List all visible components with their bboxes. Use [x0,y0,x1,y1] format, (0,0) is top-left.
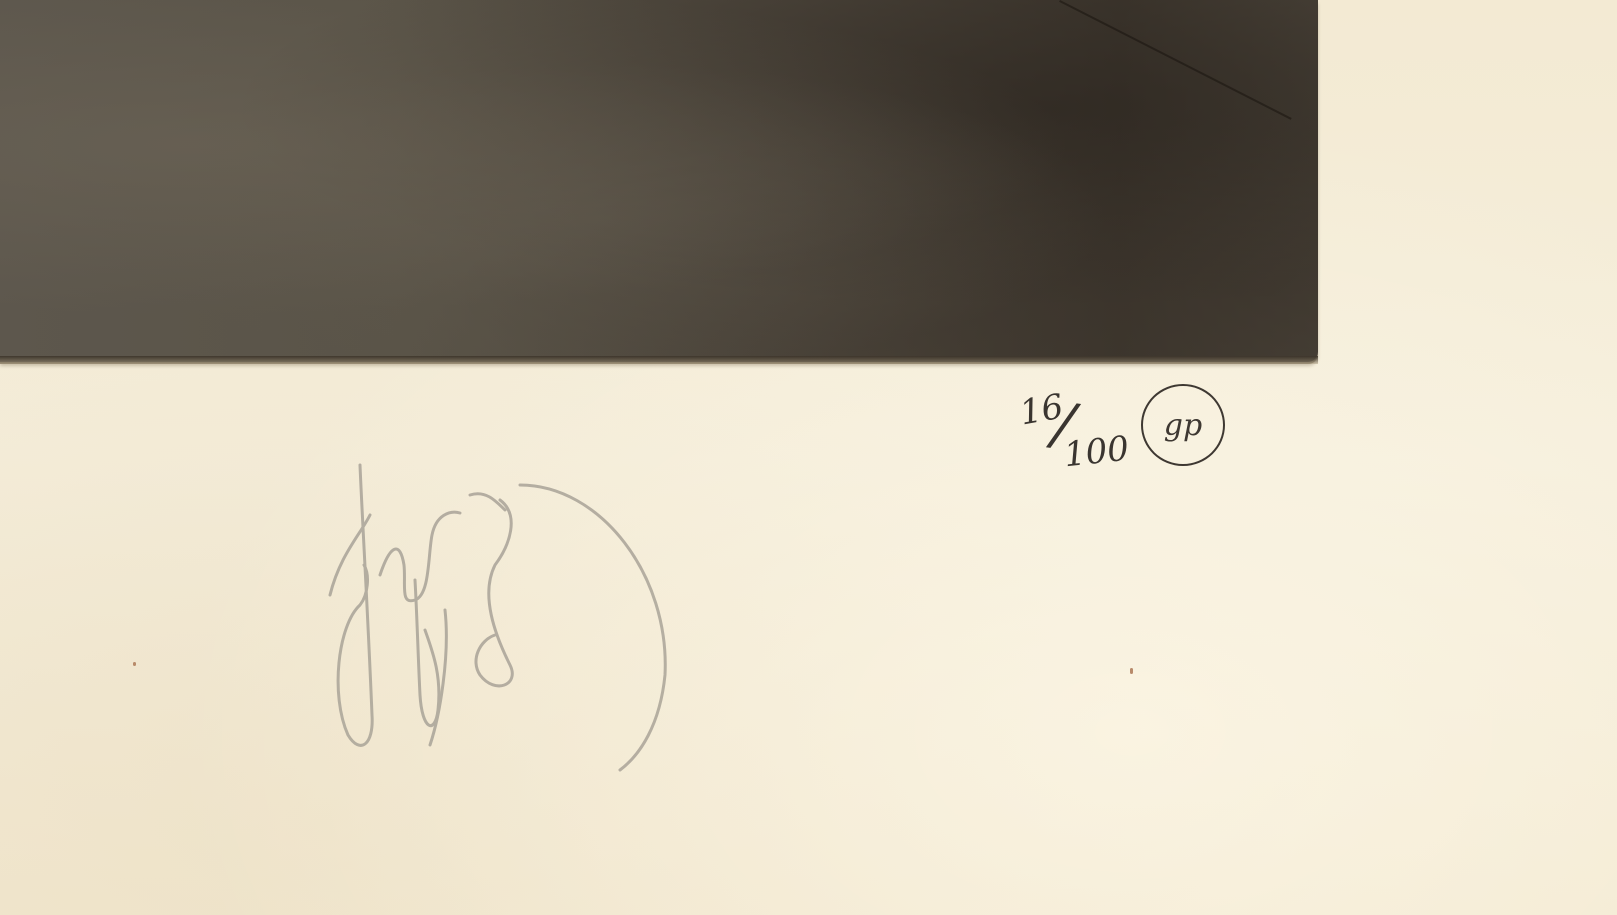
etched-plate-area [0,0,1318,362]
monogram-stamp: gp [1141,384,1225,466]
paper-foxing-spot [133,662,136,666]
plate-bottom-edge [0,356,1318,364]
edition-denominator: 100 [1062,432,1130,473]
pencil-signature [320,455,700,775]
paper-foxing-spot [1130,668,1133,674]
stamp-monogram-text: gp [1164,408,1202,443]
